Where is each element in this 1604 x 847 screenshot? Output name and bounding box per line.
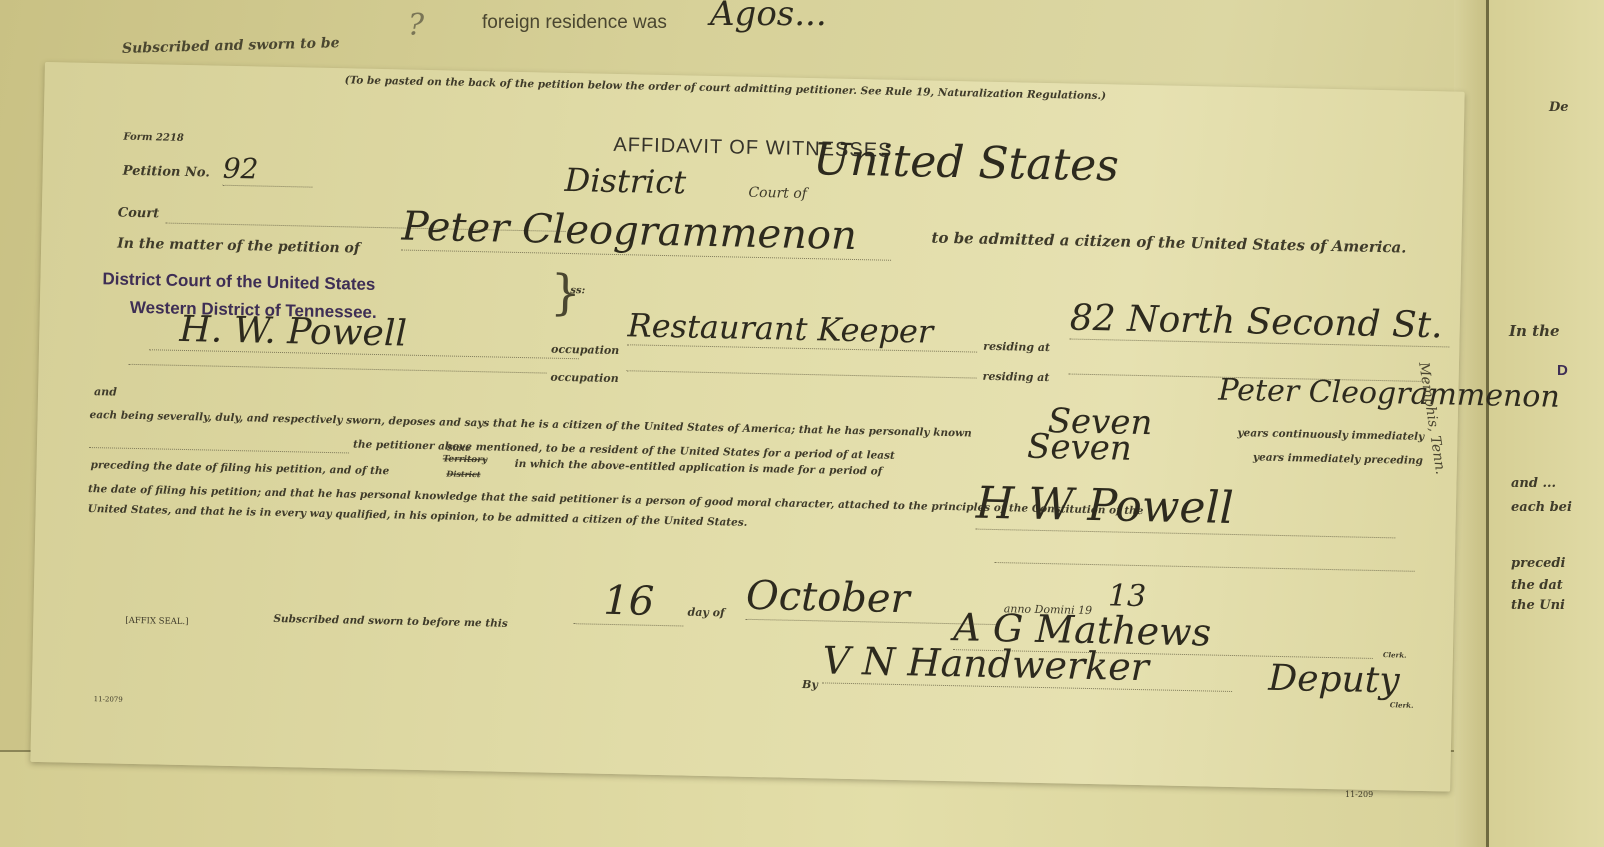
body-line-2b: years continuously immediately xyxy=(1237,427,1424,443)
witness1-address: 82 North Second St. xyxy=(1069,298,1450,348)
and-label: and xyxy=(94,385,117,398)
occupation-label-2: occupation xyxy=(550,371,618,385)
residing-label: residing at xyxy=(983,340,1050,354)
witness1-name: H. W. Powell xyxy=(149,308,580,359)
right-page: De In the D and ... each bei precedi the… xyxy=(1489,0,1604,847)
admitted-text: to be admitted a citizen of the United S… xyxy=(931,229,1406,257)
known-years-line xyxy=(89,447,349,453)
bottom-print-code: 11-209 xyxy=(1345,790,1373,799)
residing-label-2: residing at xyxy=(982,370,1049,384)
body-known-name: Peter Cleogrammenon xyxy=(1218,373,1560,415)
witness1-occupation: Restaurant Keeper xyxy=(627,306,978,352)
deputy-label: Deputy xyxy=(1268,658,1400,702)
seal-label: [AFFIX SEAL.] xyxy=(125,616,188,627)
deputy-signature: V N Handwerker xyxy=(822,638,1233,692)
question-mark: ? xyxy=(408,8,424,43)
right-page-line: In the xyxy=(1509,322,1560,340)
right-page-line: precedi xyxy=(1511,556,1565,571)
witness2-occupation xyxy=(627,370,977,378)
body-line-3b: in which the above-entitled application … xyxy=(515,458,883,478)
day-of-label: day of xyxy=(687,606,724,620)
foreign-residence-label: foreign residence was xyxy=(482,12,667,34)
sworn-label: Subscribed and sworn to before me this xyxy=(273,613,508,630)
petition-no-label: Petition No. xyxy=(123,164,210,181)
affidavit-of-witnesses-slip: (To be pasted on the back of the petitio… xyxy=(30,62,1464,792)
witness-signature: H W Powell xyxy=(975,478,1396,539)
right-page-line: the Uni xyxy=(1511,598,1565,613)
body-line-1: each being severally, duly, and respecti… xyxy=(89,409,971,439)
form-number: Form 2218 xyxy=(123,132,184,144)
state-overwrite: State xyxy=(447,443,471,453)
foreign-residence-value: Agos... xyxy=(710,0,827,34)
deputy-clerk-suffix: Clerk. xyxy=(1390,700,1414,709)
body-line-5: United States, and that he is in every w… xyxy=(88,503,748,529)
right-page-line: De xyxy=(1549,100,1569,115)
right-page-line: and ... xyxy=(1511,476,1556,491)
petition-no-value: 92 xyxy=(222,152,313,188)
second-witness-signature-line xyxy=(995,562,1415,572)
ss-label: ss: xyxy=(570,285,585,296)
print-code: 11-2079 xyxy=(94,695,123,704)
court-handwritten-suffix: United States xyxy=(813,134,1120,191)
sworn-day: 16 xyxy=(573,577,684,626)
right-page-stamp: D xyxy=(1557,362,1568,379)
subscribed-fragment: Subscribed and sworn to be xyxy=(122,35,340,57)
occupation-label: occupation xyxy=(551,343,619,357)
witness2-name xyxy=(129,364,547,374)
body-line-2: the petitioner above mentioned, to be a … xyxy=(353,439,895,462)
court-label: Court xyxy=(118,206,160,222)
body-line-3: preceding the date of filing his petitio… xyxy=(90,459,389,477)
court-stamp-line1: District Court of the United States xyxy=(102,269,375,295)
court-of-label: Court of xyxy=(748,185,807,202)
petitioner-name: Peter Cleogrammenon xyxy=(401,204,892,261)
territory-struck: Territory xyxy=(443,454,488,465)
by-label: By xyxy=(802,678,818,691)
clerk-label: Clerk. xyxy=(1383,650,1407,659)
right-page-line: each bei xyxy=(1511,500,1572,515)
years-state-value: Seven xyxy=(1027,427,1132,469)
matter-label: In the matter of the petition of xyxy=(117,236,360,257)
right-page-line: the dat xyxy=(1511,578,1563,593)
court-handwritten-prefix: District xyxy=(564,161,686,202)
district-struck: District xyxy=(446,468,480,479)
body-line-3c: years immediately preceding xyxy=(1253,451,1423,467)
